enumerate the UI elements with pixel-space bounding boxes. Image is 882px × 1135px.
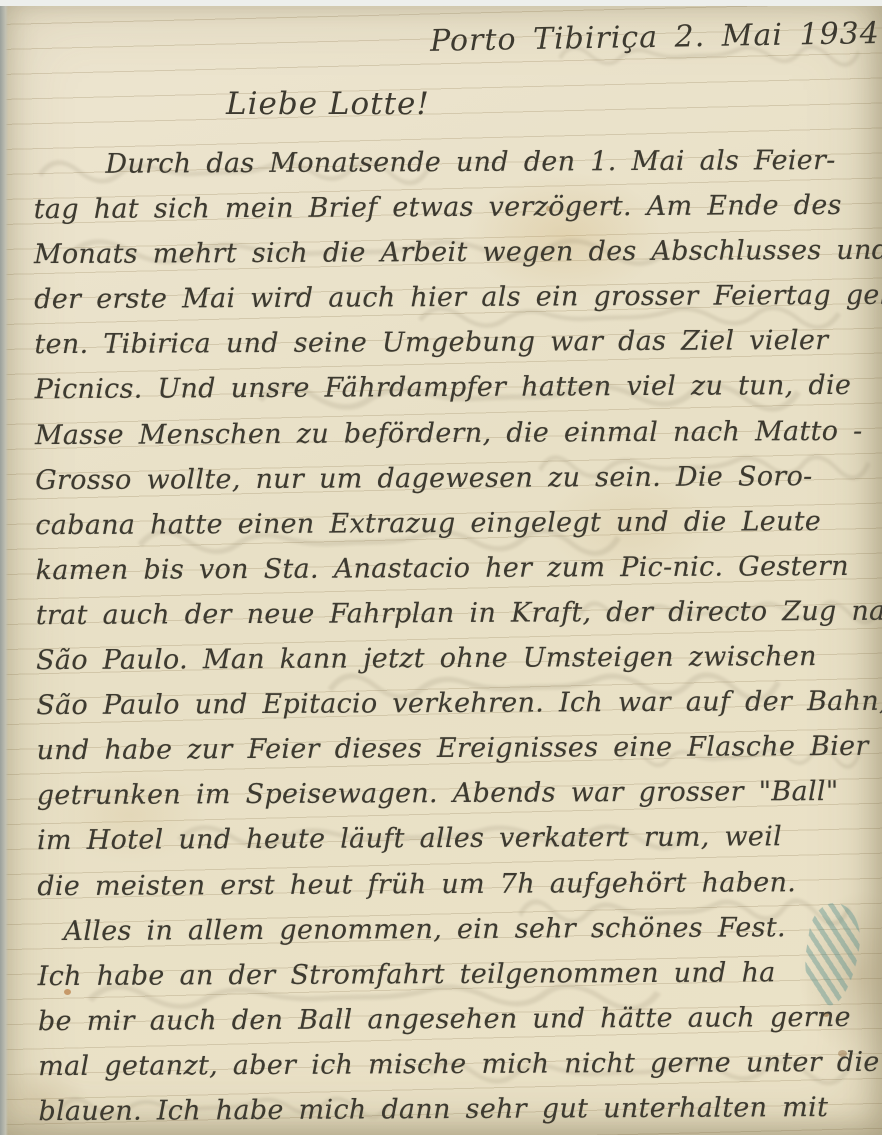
scan-edge-top <box>0 0 882 6</box>
letter-line: São Paulo. Man kann jetzt ohne Umsteigen… <box>36 641 860 690</box>
letter-body: Durch das Monatsende und den 1. Mai als … <box>33 145 862 1135</box>
letter-salutation: Liebe Lotte! <box>226 86 430 122</box>
letter-line: be mir auch den Ball angesehen und hätte… <box>38 1002 862 1051</box>
letter-line: mal getanzt, aber ich mische mich nicht … <box>38 1047 862 1096</box>
letter-line: kamen bis von Sta. Anastacio her zum Pic… <box>36 551 860 600</box>
letter-line: tag hat sich mein Brief etwas verzögert.… <box>34 190 858 239</box>
scan-edge-left <box>0 0 8 1135</box>
letter-line: Durch das Monatsende und den 1. Mai als … <box>33 145 857 194</box>
letter-line: Ich habe an der Stromfahrt teilgenommen … <box>38 957 862 1006</box>
letter-line: die meisten erst heut früh um 7h aufgehö… <box>37 866 861 915</box>
letter-line: und habe zur Feier dieses Ereignisses ei… <box>36 731 860 780</box>
letter-line: Monats mehrt sich die Arbeit wegen des A… <box>34 235 858 284</box>
letter-line: blauen. Ich habe mich dann sehr gut unte… <box>38 1092 862 1135</box>
letter-line: cabana hatte einen Extrazug eingelegt un… <box>35 506 859 555</box>
letter-line: Alles in allem genommen, ein sehr schöne… <box>37 911 861 960</box>
letter-page: Porto Tibiriça 2. Mai 1934. Liebe Lotte!… <box>0 0 882 1135</box>
letter-line: Grosso wollte, nur um dagewesen zu sein.… <box>35 461 859 510</box>
letter-dateline: Porto Tibiriça 2. Mai 1934. <box>430 16 871 59</box>
letter-line: ten. Tibirica und seine Umgebung war das… <box>34 325 858 374</box>
letter-line: trat auch der neue Fahrplan in Kraft, de… <box>36 596 860 645</box>
letter-line: Picnics. Und unsre Fährdampfer hatten vi… <box>35 370 859 419</box>
letter-line: São Paulo und Epitacio verkehren. Ich wa… <box>36 686 860 735</box>
letter-line: im Hotel und heute läuft alles verkatert… <box>37 821 861 870</box>
letter-line: getrunken im Speisewagen. Abends war gro… <box>37 776 861 825</box>
letter-line: der erste Mai wird auch hier als ein gro… <box>34 280 858 329</box>
letter-line: Masse Menschen zu befördern, die einmal … <box>35 415 859 464</box>
